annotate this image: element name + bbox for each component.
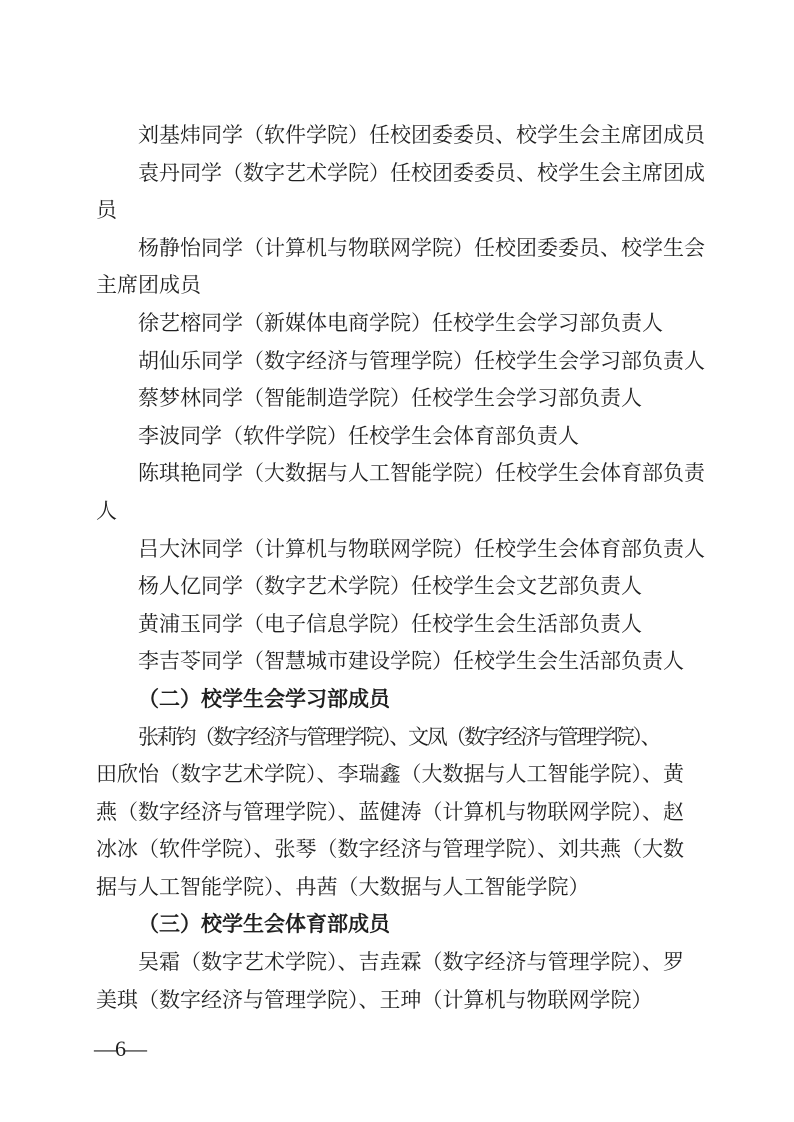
paragraph-line: 蔡梦林同学（智能制造学院）任校学生会学习部负责人 — [96, 380, 746, 418]
paragraph-line: 冰冰（软件学院）、张琴（数字经济与管理学院）、刘共燕（大数 — [96, 831, 746, 869]
paragraph-line: 黄浦玉同学（电子信息学院）任校学生会生活部负责人 — [96, 606, 746, 644]
paragraph-line: 杨静怡同学（计算机与物联网学院）任校团委委员、校学生会 — [96, 230, 746, 268]
paragraph-line: 员 — [96, 192, 746, 230]
paragraph-line: 张莉钧（数字经济与管理学院）、文凤（数字经济与管理学院）、 — [96, 719, 746, 757]
paragraph-line: 刘基炜同学（软件学院）任校团委委员、校学生会主席团成员 — [96, 117, 746, 155]
paragraph-line: 吕大沐同学（计算机与物联网学院）任校学生会体育部负责人 — [96, 531, 746, 569]
section-heading-3: （三）校学生会体育部成员 — [96, 906, 746, 944]
section-heading-2: （二）校学生会学习部成员 — [96, 681, 746, 719]
page-number: —6— — [94, 1034, 146, 1064]
paragraph-line: 李波同学（软件学院）任校学生会体育部负责人 — [96, 418, 746, 456]
paragraph-line: 田欣怡（数字艺术学院）、李瑞鑫（大数据与人工智能学院）、黄 — [96, 756, 746, 794]
paragraph-line: 李吉苓同学（智慧城市建设学院）任校学生会生活部负责人 — [96, 643, 746, 681]
paragraph-line: 燕（数字经济与管理学院）、蓝健涛（计算机与物联网学院）、赵 — [96, 794, 746, 832]
document-body: 刘基炜同学（软件学院）任校团委委员、校学生会主席团成员 袁丹同学（数字艺术学院）… — [96, 117, 746, 1019]
paragraph-line: 据与人工智能学院）、冉茜（大数据与人工智能学院） — [96, 869, 746, 907]
paragraph-line: 人 — [96, 493, 746, 531]
paragraph-line: 袁丹同学（数字艺术学院）任校团委委员、校学生会主席团成 — [96, 155, 746, 193]
paragraph-line: 美琪（数字经济与管理学院）、王珅（计算机与物联网学院） — [96, 982, 746, 1020]
document-page: 刘基炜同学（软件学院）任校团委委员、校学生会主席团成员 袁丹同学（数字艺术学院）… — [0, 0, 794, 1122]
paragraph-line: 吴霜（数字艺术学院）、吉垚霖（数字经济与管理学院）、罗 — [96, 944, 746, 982]
paragraph-line: 陈琪艳同学（大数据与人工智能学院）任校学生会体育部负责 — [96, 455, 746, 493]
paragraph-line: 主席团成员 — [96, 267, 746, 305]
paragraph-line: 徐艺榕同学（新媒体电商学院）任校学生会学习部负责人 — [96, 305, 746, 343]
paragraph-line: 胡仙乐同学（数字经济与管理学院）任校学生会学习部负责人 — [96, 343, 746, 381]
paragraph-line: 杨人亿同学（数字艺术学院）任校学生会文艺部负责人 — [96, 568, 746, 606]
